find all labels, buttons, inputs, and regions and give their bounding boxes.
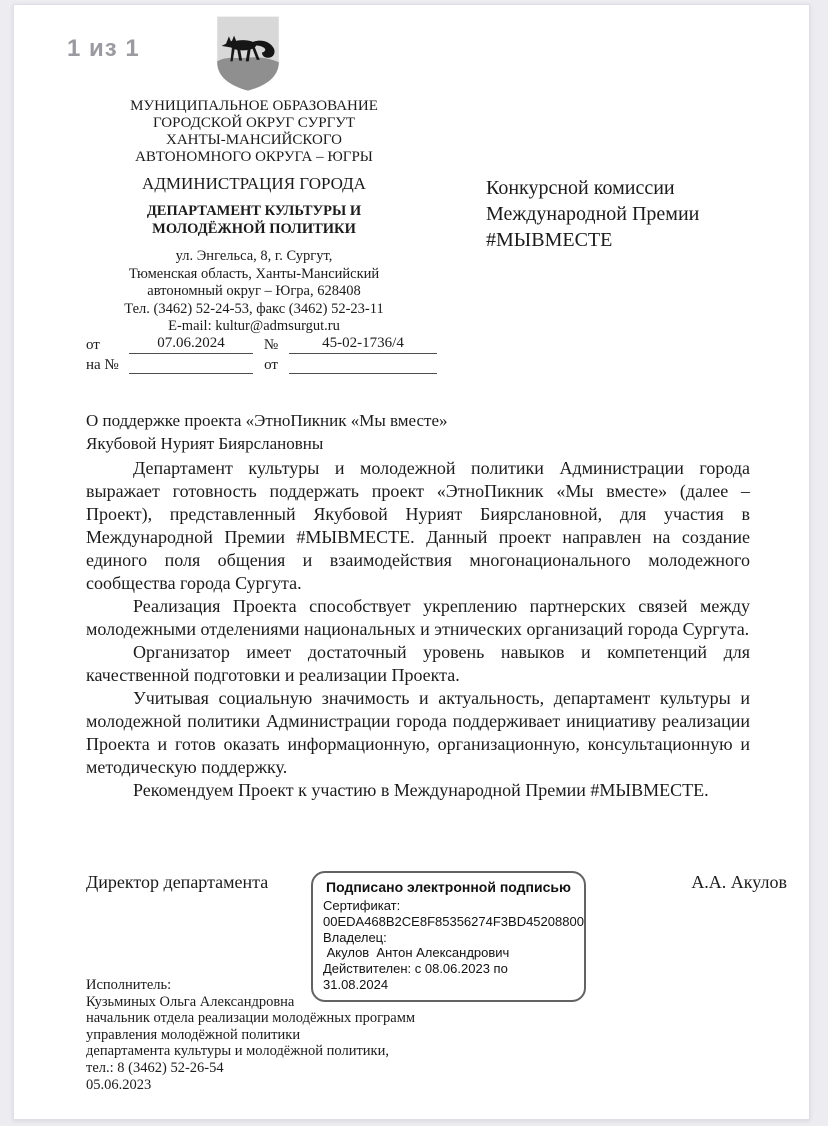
reply-date-field (289, 373, 437, 374)
certificate-label: Сертификат: (323, 898, 574, 914)
letterhead: МУНИЦИПАЛЬНОЕ ОБРАЗОВАНИЕ ГОРОДСКОЙ ОКРУ… (54, 98, 454, 336)
surgut-coat-of-arms (215, 15, 281, 93)
executor-label: Исполнитель: (86, 977, 415, 994)
email-line: E-mail: kultur@admsurgut.ru (54, 318, 454, 336)
executor-title-line: департамента культуры и молодёжной полит… (86, 1043, 415, 1060)
executor-name: Кузьминых Ольга Александровна (86, 994, 415, 1011)
addressee-line: #МЫВМЕСТЕ (486, 227, 699, 253)
addressee-line: Международной Премии (486, 201, 699, 227)
number-label: № (253, 337, 289, 354)
number-field: 45-02-1736/4 (289, 334, 437, 354)
address-line: ул. Энгельса, 8, г. Сургут, (54, 248, 454, 266)
body-paragraph: Рекомендуем Проект к участию в Междунаро… (86, 779, 750, 802)
address-line: Тюменская область, Ханты-Мансийский (54, 266, 454, 284)
department-title: ДЕПАРТАМЕНТ КУЛЬТУРЫ И МОЛОДЁЖНОЙ ПОЛИТИ… (102, 202, 407, 238)
coat-of-arms-icon (215, 15, 281, 93)
executor-phone: тел.: 8 (3462) 52-26-54 (86, 1060, 415, 1077)
executor-block: Исполнитель: Кузьминых Ольга Александров… (86, 977, 415, 1093)
org-name-line: МУНИЦИПАЛЬНОЕ ОБРАЗОВАНИЕ (54, 98, 454, 115)
org-name-line: ХАНТЫ-МАНСИЙСКОГО (54, 132, 454, 149)
org-name-line: АВТОНОМНОГО ОКРУГА – ЮГРЫ (54, 149, 454, 166)
addressee-block: Конкурсной комиссии Международной Премии… (486, 175, 699, 253)
body-paragraph: Учитывая социальную значимость и актуаль… (86, 687, 750, 779)
org-name-line: ГОРОДСКОЙ ОКРУГ СУРГУТ (54, 115, 454, 132)
reply-number-field (129, 373, 253, 374)
reference-block: от 07.06.2024 № 45-02-1736/4 на № от (86, 334, 437, 374)
date-label: от (86, 337, 129, 354)
executor-date: 05.06.2023 (86, 1077, 415, 1094)
letter-body: Департамент культуры и молодежной полити… (86, 457, 750, 802)
subject-line: О поддержке проекта «ЭтноПикник «Мы вмес… (86, 409, 448, 432)
owner-value: Акулов Антон Александрович (323, 945, 574, 961)
document-viewer: 1 из 1 МУНИЦИПАЛЬНОЕ ОБРАЗОВ (0, 0, 828, 1126)
body-paragraph: Департамент культуры и молодежной полити… (86, 457, 750, 595)
executor-title-line: начальник отдела реализации молодёжных п… (86, 1010, 415, 1027)
signer-position: Директор департамента (86, 872, 268, 893)
certificate-value: 00EDA468B2CE8F85356274F3BD45208800 (323, 914, 574, 930)
body-paragraph: Организатор имеет достаточный уровень на… (86, 641, 750, 687)
body-paragraph: Реализация Проекта способствует укреплен… (86, 595, 750, 641)
letter-page: 1 из 1 МУНИЦИПАЛЬНОЕ ОБРАЗОВ (13, 4, 810, 1120)
reply-number-label: на № (86, 357, 129, 374)
signer-name: А.А. Акулов (691, 872, 787, 893)
address-line: автономный округ – Югра, 628408 (54, 283, 454, 301)
page-indicator: 1 из 1 (67, 35, 140, 63)
subject-line: Якубовой Нурият Биярслановны (86, 432, 448, 455)
executor-title-line: управления молодёжной политики (86, 1027, 415, 1044)
stamp-title: Подписано электронной подписью (323, 879, 574, 896)
subject-block: О поддержке проекта «ЭтноПикник «Мы вмес… (86, 409, 448, 455)
shield-lower (217, 57, 279, 90)
phone-fax-line: Тел. (3462) 52-24-53, факс (3462) 52-23-… (54, 301, 454, 319)
addressee-line: Конкурсной комиссии (486, 175, 699, 201)
owner-label: Владелец: (323, 930, 574, 946)
reply-reference-row: на № от (86, 354, 437, 374)
administration-title: АДМИНИСТРАЦИЯ ГОРОДА (54, 174, 454, 193)
outgoing-reference-row: от 07.06.2024 № 45-02-1736/4 (86, 334, 437, 354)
date-field: 07.06.2024 (129, 334, 253, 354)
reply-date-label: от (253, 357, 289, 374)
address-block: ул. Энгельса, 8, г. Сургут, Тюменская об… (54, 248, 454, 336)
